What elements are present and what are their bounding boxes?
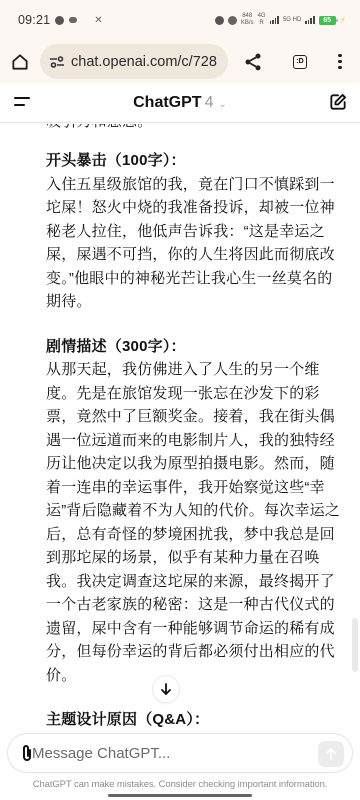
browser-toolbar: chat.openai.com/c/728 :D [0,40,360,83]
new-chat-button[interactable] [328,92,348,117]
url-text[interactable]: chat.openai.com/c/728 [71,54,217,70]
share-button[interactable] [228,52,278,72]
sidebar-menu-button[interactable] [14,97,30,111]
chat-scroll-area[interactable]: 吸引力和悬念。 开头暴击（100字）： 入住五星级旅馆的我，竟在门口不慎踩到一坨… [0,124,360,730]
home-icon [10,52,30,72]
mute-bell-icon [228,16,237,25]
browser-menu-button[interactable] [322,54,358,70]
app-title: ChatGPT [133,94,201,112]
arrow-down-icon [159,682,173,696]
section-body: 从那天起，我仿佛进入了人生的另一个维度。先是在旅馆发现一张忘在沙发下的彩票，竟然… [46,358,346,687]
chat-header: ChatGPT 4 ⌄ [0,83,360,123]
notification-x-icon: ✕ [94,15,102,26]
scroll-to-bottom-button[interactable] [152,675,180,703]
status-right: 848 KB/s 4G R 5G HD 65 ⚡ [215,13,346,27]
charging-icon: ⚡ [340,15,346,26]
sim1-type: 4G R [258,13,266,27]
tab-switcher-button[interactable]: :D [278,55,322,69]
section-heading: 剧情描述（300字）： [46,335,346,359]
site-settings-icon[interactable] [49,55,65,69]
gesture-bar[interactable] [108,794,252,797]
clock: 09:21 [18,13,50,27]
disclaimer-text: ChatGPT can make mistakes. Consider chec… [0,779,360,790]
edit-icon [328,92,348,112]
status-bar: 09:21 ✕ 848 KB/s 4G R 5G HD 65 ⚡ [0,0,360,40]
signal-icon-2 [305,16,314,24]
section-heading: 开头暴击（100字）： [46,149,346,173]
wechat-icon [69,17,77,23]
alarm-icon [55,16,64,25]
section-body: 入住五星级旅馆的我，竟在门口不慎踩到一坨屎！怒火中烧的我准备投诉，却被一位神秘老… [46,173,346,314]
scrollbar[interactable] [352,618,358,672]
model-version: 4 [205,94,214,112]
model-selector[interactable]: ChatGPT 4 ⌄ [133,94,227,112]
more-vert-icon [338,54,342,70]
alarm-clock-icon [215,16,224,25]
tabs-icon: :D [293,55,307,69]
message-composer [7,733,353,773]
chevron-down-icon: ⌄ [218,99,226,110]
home-button[interactable] [0,52,40,72]
sim2-type: 5G HD [283,17,301,24]
signal-icon [270,16,279,24]
section-heading: 主题设计原因（Q&A）： [46,708,346,730]
status-left: 09:21 ✕ [18,13,103,27]
battery-icon: 65 [319,16,336,25]
message-input[interactable] [32,745,292,762]
arrow-up-icon [325,748,337,760]
assistant-message: 吸引力和悬念。 开头暴击（100字）： 入住五星级旅馆的我，竟在门口不慎踩到一坨… [46,124,346,730]
send-button[interactable] [318,741,344,767]
address-bar[interactable]: chat.openai.com/c/728 [40,44,228,79]
share-icon [243,52,263,72]
network-speed: 848 KB/s [241,13,254,27]
